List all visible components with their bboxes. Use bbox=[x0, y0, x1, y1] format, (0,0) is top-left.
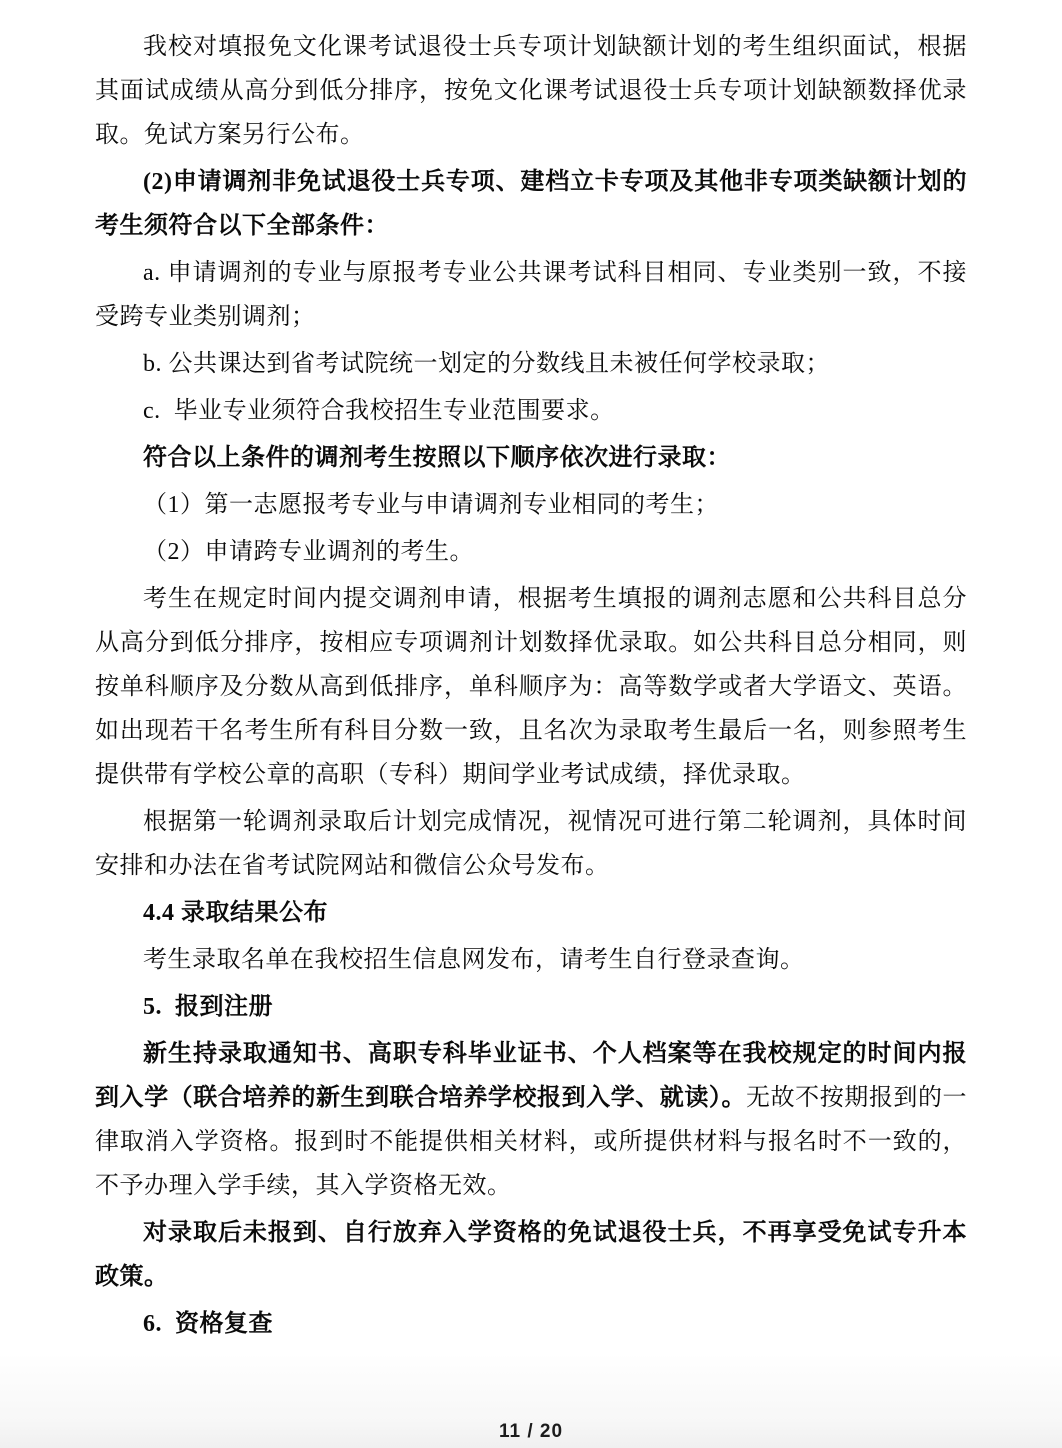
heading-6-qualification-review: 6. 资格复查 bbox=[95, 1302, 967, 1346]
para-result-publish: 考生录取名单在我校招生信息网发布，请考生自行登录查询。 bbox=[95, 938, 967, 982]
text-segment: b. 公共课达到省考试院统一划定的分数线且未被任何学校录取； bbox=[143, 351, 830, 377]
para-condition-b: b. 公共课达到省考试院统一划定的分数线且未被任何学校录取； bbox=[95, 342, 967, 386]
text-segment: （1）第一志愿报考专业与申请调剂专业相同的考生； bbox=[143, 492, 719, 518]
para-condition-c: c. 毕业专业须符合我校招生专业范围要求。 bbox=[95, 389, 967, 433]
text-segment: 6. 资格复查 bbox=[143, 1311, 273, 1337]
page-indicator: 11 / 20 bbox=[499, 1421, 563, 1442]
text-segment: a. 申请调剂的专业与原报考专业公共课考试科目相同、专业类别一致，不接受跨专业类… bbox=[95, 260, 967, 330]
text-segment: 考生录取名单在我校招生信息网发布，请考生自行登录查询。 bbox=[143, 947, 805, 973]
heading-5-registration: 5. 报到注册 bbox=[95, 985, 967, 1029]
para-waiver-policy: 对录取后未报到、自行放弃入学资格的免试退役士兵，不再享受免试专升本政策。 bbox=[95, 1211, 967, 1299]
text-segment: 符合以上条件的调剂考生按照以下顺序依次进行录取： bbox=[143, 445, 731, 471]
document-page: 我校对填报免文化课考试退役士兵专项计划缺额计划的考生组织面试，根据其面试成绩从高… bbox=[0, 0, 1062, 1448]
text-segment: 我校对填报免文化课考试退役士兵专项计划缺额计划的考生组织面试，根据其面试成绩从高… bbox=[95, 34, 967, 148]
text-segment: 对录取后未报到、自行放弃入学资格的免试退役士兵，不再享受免试专升本政策。 bbox=[95, 1220, 967, 1290]
text-segment: 考生在规定时间内提交调剂申请，根据考生填报的调剂志愿和公共科目总分从高分到低分排… bbox=[95, 586, 967, 788]
text-segment: (2)申请调剂非免试退役士兵专项、建档立卡专项及其他非专项类缺额计划的考生须符合… bbox=[95, 169, 967, 239]
text-segment: 4.4 录取结果公布 bbox=[143, 900, 328, 926]
para-order-item-2: （2）申请跨专业调剂的考生。 bbox=[95, 530, 967, 574]
para-interview-shortage-plan: 我校对填报免文化课考试退役士兵专项计划缺额计划的考生组织面试，根据其面试成绩从高… bbox=[95, 25, 967, 157]
text-segment: c. 毕业专业须符合我校招生专业范围要求。 bbox=[143, 398, 615, 424]
para-registration: 新生持录取通知书、高职专科毕业证书、个人档案等在我校规定的时间内报到入学（联合培… bbox=[95, 1032, 967, 1208]
para-transfer-conditions-intro: (2)申请调剂非免试退役士兵专项、建档立卡专项及其他非专项类缺额计划的考生须符合… bbox=[95, 160, 967, 248]
para-condition-a: a. 申请调剂的专业与原报考专业公共课考试科目相同、专业类别一致，不接受跨专业类… bbox=[95, 251, 967, 339]
para-admission-order-intro: 符合以上条件的调剂考生按照以下顺序依次进行录取： bbox=[95, 436, 967, 480]
text-segment: 根据第一轮调剂录取后计划完成情况，视情况可进行第二轮调剂，具体时间安排和办法在省… bbox=[95, 809, 967, 879]
heading-4-4-result-publish: 4.4 录取结果公布 bbox=[95, 891, 967, 935]
document-body: 我校对填报免文化课考试退役士兵专项计划缺额计划的考生组织面试，根据其面试成绩从高… bbox=[95, 25, 967, 1349]
para-second-round: 根据第一轮调剂录取后计划完成情况，视情况可进行第二轮调剂，具体时间安排和办法在省… bbox=[95, 800, 967, 888]
text-segment: （2）申请跨专业调剂的考生。 bbox=[143, 539, 474, 565]
para-transfer-procedure: 考生在规定时间内提交调剂申请，根据考生填报的调剂志愿和公共科目总分从高分到低分排… bbox=[95, 577, 967, 797]
text-segment: 5. 报到注册 bbox=[143, 994, 273, 1020]
para-order-item-1: （1）第一志愿报考专业与申请调剂专业相同的考生； bbox=[95, 483, 967, 527]
page-footer: 11 / 20 bbox=[0, 1421, 1062, 1443]
